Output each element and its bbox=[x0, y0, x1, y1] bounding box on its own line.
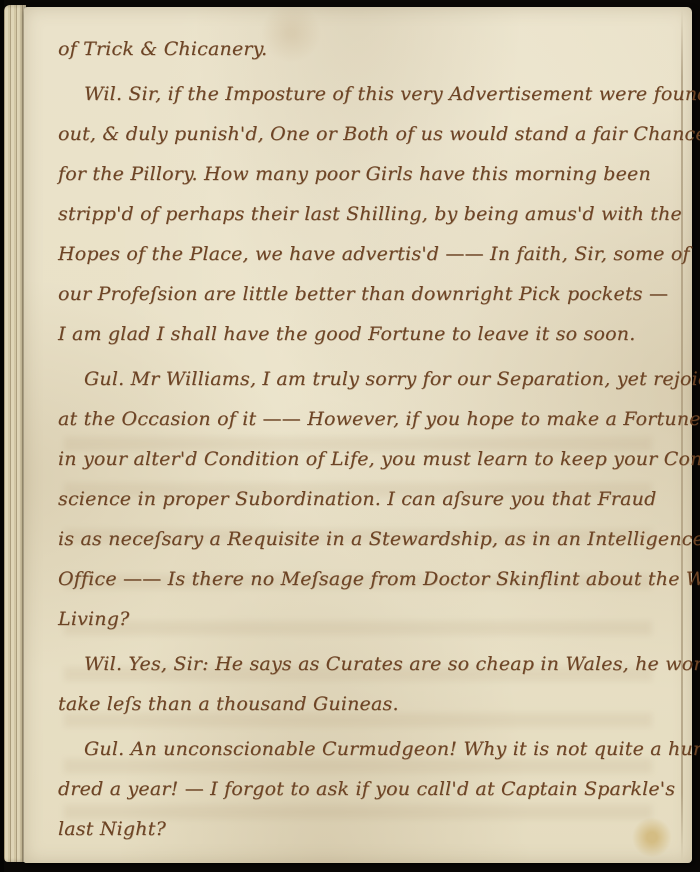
manuscript-line: our Profeſsion are little better than do… bbox=[58, 274, 674, 314]
manuscript-line: of Trick & Chicanery. bbox=[58, 29, 674, 69]
manuscript-line: I am glad I shall have the good Fortune … bbox=[58, 314, 674, 354]
manuscript-line: out, & duly punish'd, One or Both of us … bbox=[58, 114, 674, 154]
manuscript-line: science in proper Subordination. I can a… bbox=[58, 479, 674, 519]
manuscript-line: stripp'd of perhaps their last Shilling,… bbox=[58, 194, 674, 234]
manuscript-line: Office —— Is there no Meſsage from Docto… bbox=[58, 559, 674, 599]
manuscript-line-speaker-wil: Wil. Sir, if the Imposture of this very … bbox=[58, 74, 674, 114]
manuscript-line-speaker-gul: Gul. Mr Williams, I am truly sorry for o… bbox=[58, 359, 674, 399]
manuscript-line: is as neceſsary a Requisite in a Steward… bbox=[58, 519, 674, 559]
manuscript-line: Living? bbox=[58, 599, 674, 639]
manuscript-line-speaker-wil: Wil. Yes, Sir: He says as Curates are so… bbox=[58, 644, 674, 684]
manuscript-line: Hopes of the Place, we have advertis'd —… bbox=[58, 234, 674, 274]
manuscript-line: in your alter'd Condition of Life, you m… bbox=[58, 439, 674, 479]
manuscript-line: for the Pillory. How many poor Girls hav… bbox=[58, 154, 674, 194]
scan-background: of Trick & Chicanery. Wil. Sir, if the I… bbox=[0, 0, 700, 872]
book-binding-page-edges bbox=[4, 5, 26, 862]
manuscript-line: last Night? bbox=[58, 809, 674, 849]
manuscript-line-speaker-gul: Gul. An unconscionable Curmudgeon! Why i… bbox=[58, 729, 674, 769]
manuscript-text: of Trick & Chicanery. Wil. Sir, if the I… bbox=[58, 29, 674, 849]
manuscript-line: at the Occasion of it —— However, if you… bbox=[58, 399, 674, 439]
manuscript-line: dred a year! — I forgot to ask if you ca… bbox=[58, 769, 674, 809]
manuscript-page: of Trick & Chicanery. Wil. Sir, if the I… bbox=[24, 7, 692, 863]
manuscript-line: take leſs than a thousand Guineas. bbox=[58, 684, 674, 724]
